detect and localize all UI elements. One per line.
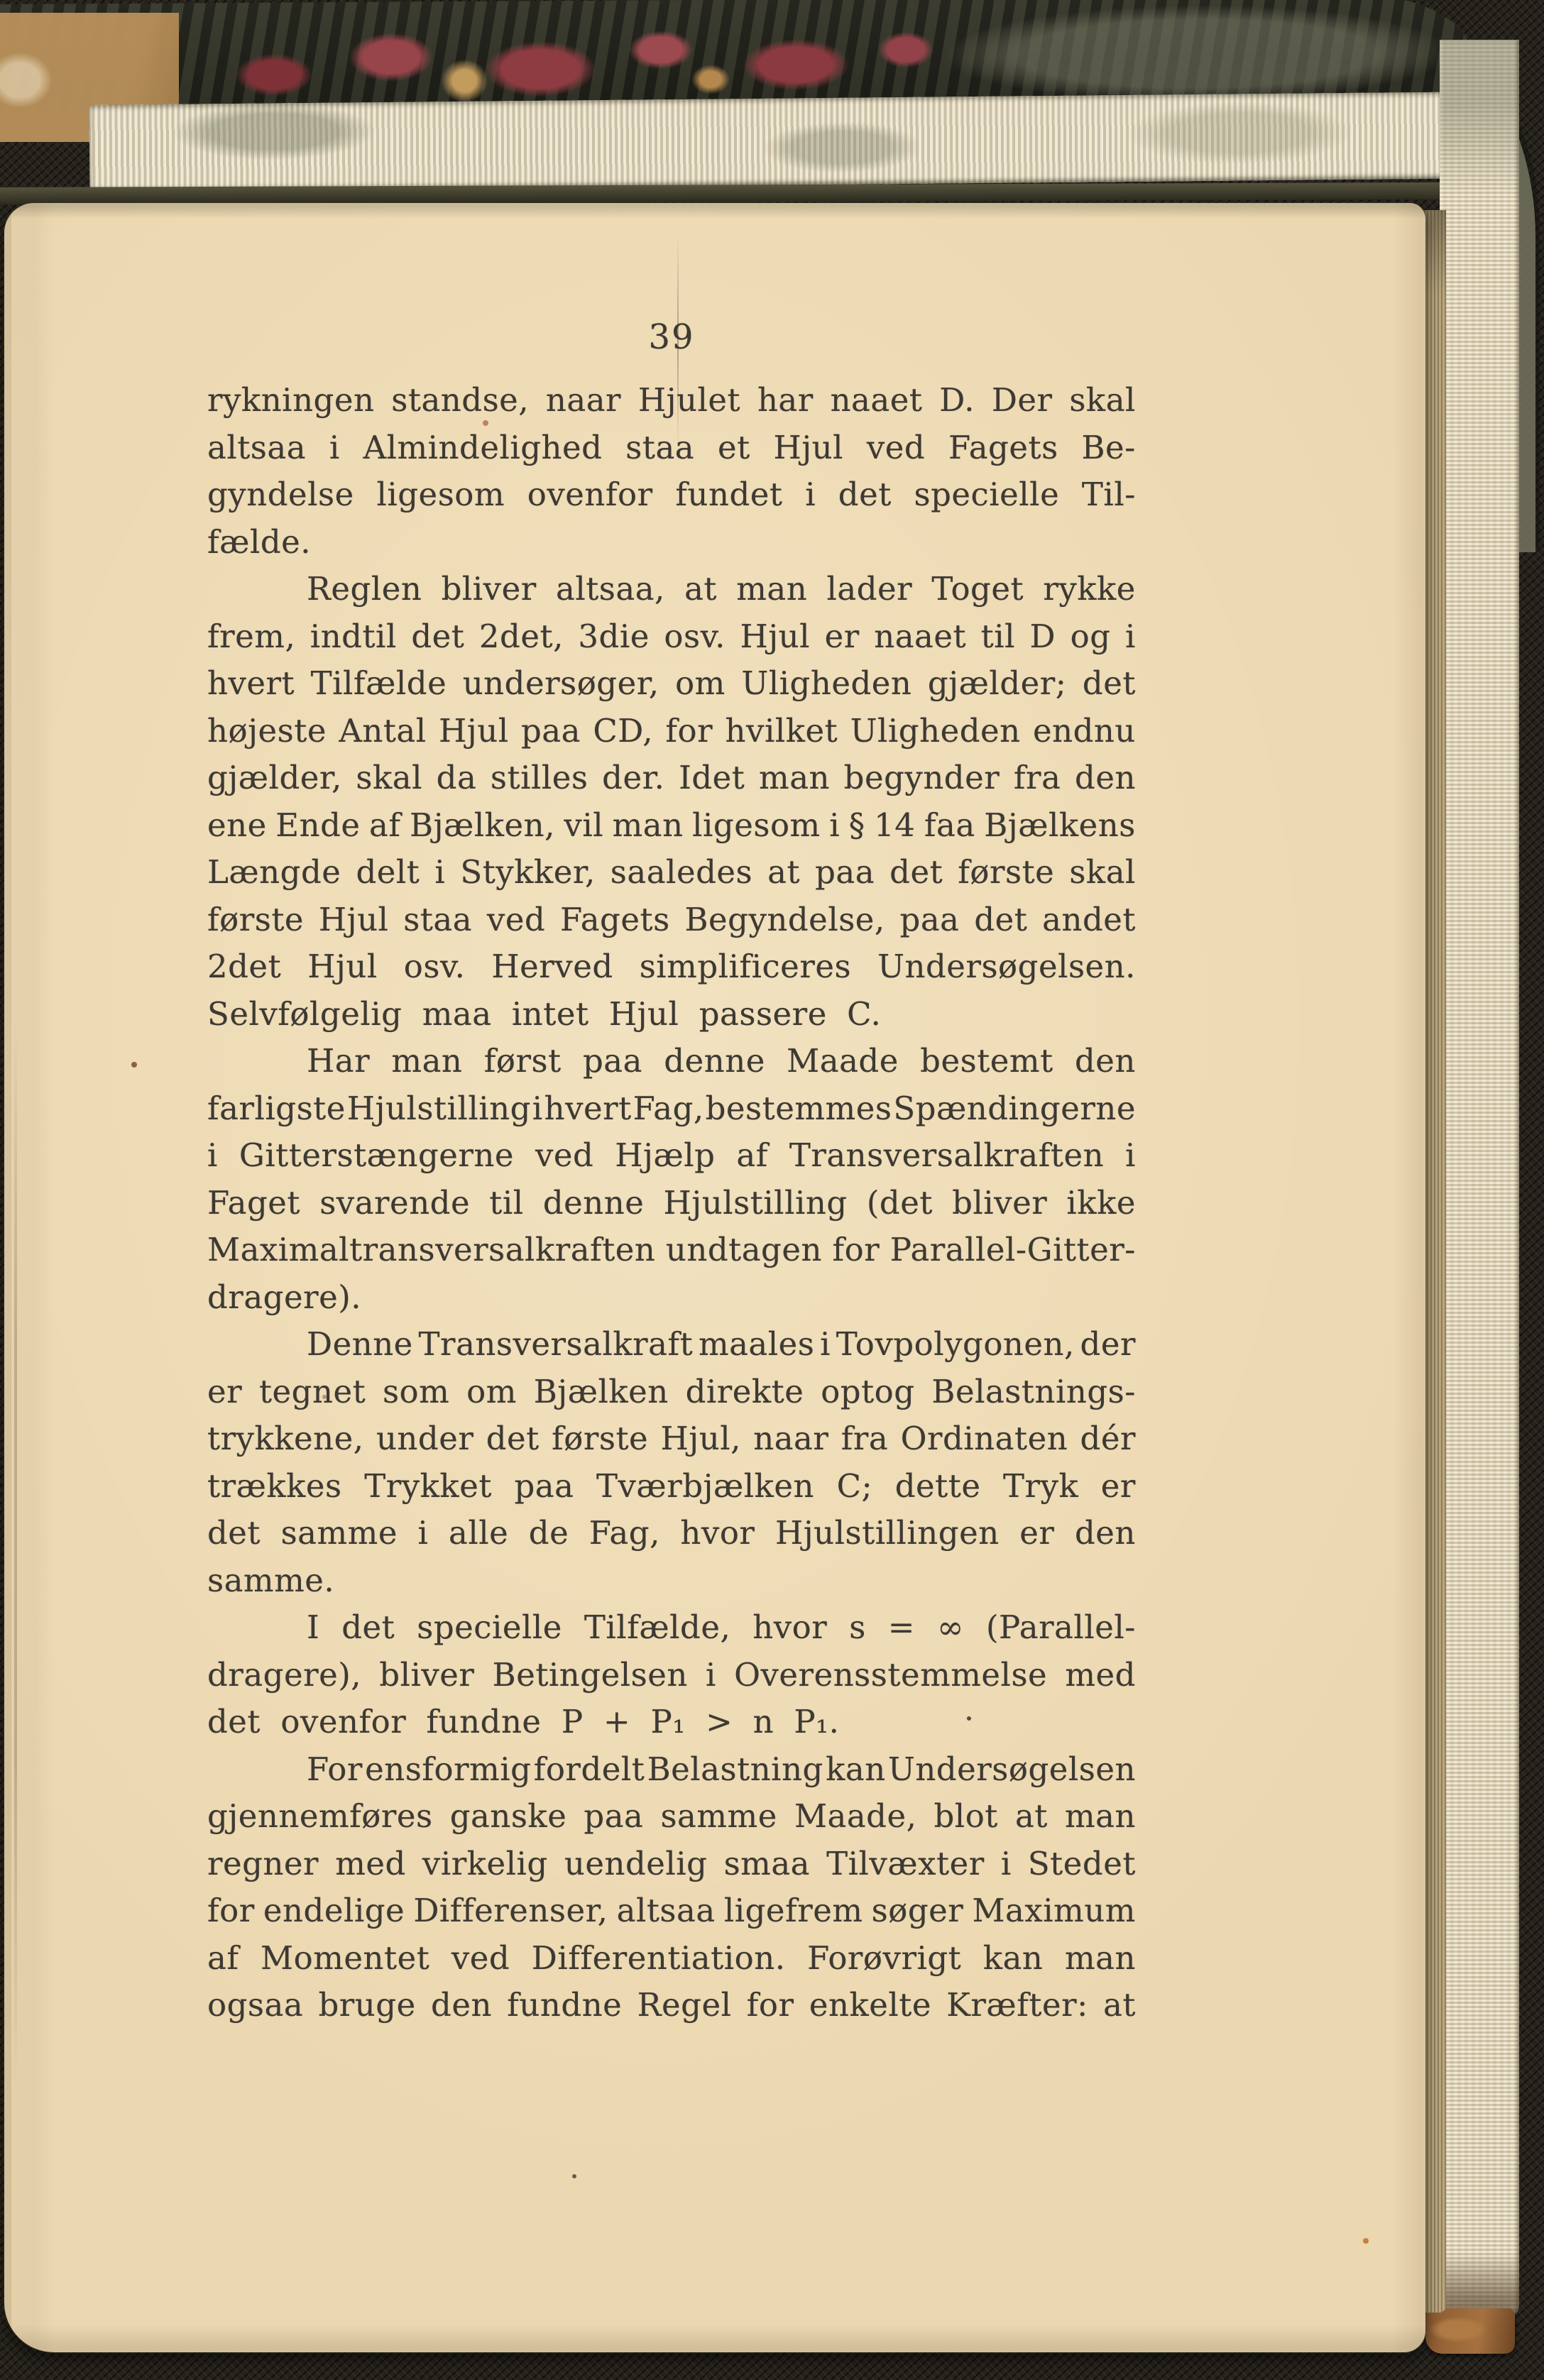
scanned-book-photo: 39 rykningenstandse,naarHjuletharnaaetD.… (0, 0, 1544, 2380)
text-line: gyndelseligesomovenforfundetidetspeciell… (207, 471, 1136, 519)
text-line: højesteAntalHjulpaaCD,forhvilketUlighede… (207, 708, 1136, 755)
text-line: 2detHjulosv.HervedsimplificeresUndersøge… (207, 943, 1136, 991)
text-line: Reglenbliveraltsaa,atmanladerTogetrykke (207, 566, 1136, 613)
page-number: 39 (207, 315, 1136, 359)
text-line: HarmanførstpaadenneMaadebestemtden (207, 1038, 1136, 1085)
text-line: detsammeialledeFag,hvorHjulstillingenerd… (207, 1510, 1136, 1557)
page-block-fore-edge (1423, 210, 1446, 2313)
text-line: regnermedvirkeliguendeligsmaaTilvæxteriS… (207, 1841, 1136, 1888)
headband-fabric (89, 92, 1460, 192)
text-line: førsteHjulstaavedFagetsBegyndelse,paadet… (207, 896, 1136, 944)
text-line: dragere),bliverBetingelseniOverensstemme… (207, 1652, 1136, 1699)
text-line: samme. (207, 1557, 1136, 1605)
cover-cloth-fore-edge (1440, 40, 1519, 2317)
text-line: eneEndeafBjælken,vilmanligesomi§14faaBjæ… (207, 802, 1136, 850)
text-line: fælde. (207, 519, 1136, 566)
page-specks (4, 203, 7, 206)
text-line: det ovenfor fundne P + P₁ > n P₁. (207, 1699, 1136, 1746)
text-line: dragere). (207, 1274, 1136, 1322)
page-crease (14, 1019, 17, 2084)
text-line: MaximaltransversalkraftenundtagenforPara… (207, 1227, 1136, 1274)
text-line: LængdedeltiStykker,saaledesatpaadetførst… (207, 849, 1136, 896)
text-line: hvertTilfældeundersøger,omUlighedengjæld… (207, 660, 1136, 708)
text-line: ertegnetsomomBjælkendirekteoptogBelastni… (207, 1369, 1136, 1416)
text-line: afMomentetvedDifferentiation.Forøvrigtka… (207, 1935, 1136, 1983)
text-line: Selvfølgelig maa intet Hjul passere C. (207, 991, 1136, 1038)
book-page: 39 rykningenstandse,naarHjuletharnaaetD.… (4, 203, 1425, 2352)
text-line: farligsteHjulstillingihvertFag,bestemmes… (207, 1085, 1136, 1133)
text-line: iGitterstængernevedHjælpafTransversalkra… (207, 1132, 1136, 1180)
cloth-worn-patch (1425, 2308, 1515, 2354)
text-line: IdetspecielleTilfælde,hvors=∞(Parallel- (207, 1604, 1136, 1652)
text-line: ogsaabrugedenfundneRegelforenkelteKræfte… (207, 1982, 1136, 2029)
text-line: rykningenstandse,naarHjuletharnaaetD.Der… (207, 377, 1136, 424)
text-line: FagetsvarendetildenneHjulstilling(detbli… (207, 1180, 1136, 1227)
text-line: frem,indtildet2det,3dieosv.Hjulernaaetti… (207, 613, 1136, 661)
text-line: trækkesTrykketpaaTværbjælkenC;detteTryke… (207, 1463, 1136, 1510)
text-line: gjennemføresganskepaasammeMaade,blotatma… (207, 1793, 1136, 1841)
text-line: forendeligeDifferenser,altsaaligefremsøg… (207, 1887, 1136, 1935)
text-line: DenneTransversalkraftmaalesiTovpolygonen… (207, 1321, 1136, 1369)
text-line: gjælder,skaldastillesder.Idetmanbegynder… (207, 755, 1136, 802)
text-line: altsaaiAlmindelighedstaaetHjulvedFagetsB… (207, 424, 1136, 472)
page-text: rykningenstandse,naarHjuletharnaaetD.Der… (207, 377, 1136, 2029)
text-line: ForensformigfordeltBelastningkanUndersøg… (207, 1746, 1136, 1794)
text-line: trykkene,underdetførsteHjul,naarfraOrdin… (207, 1415, 1136, 1463)
